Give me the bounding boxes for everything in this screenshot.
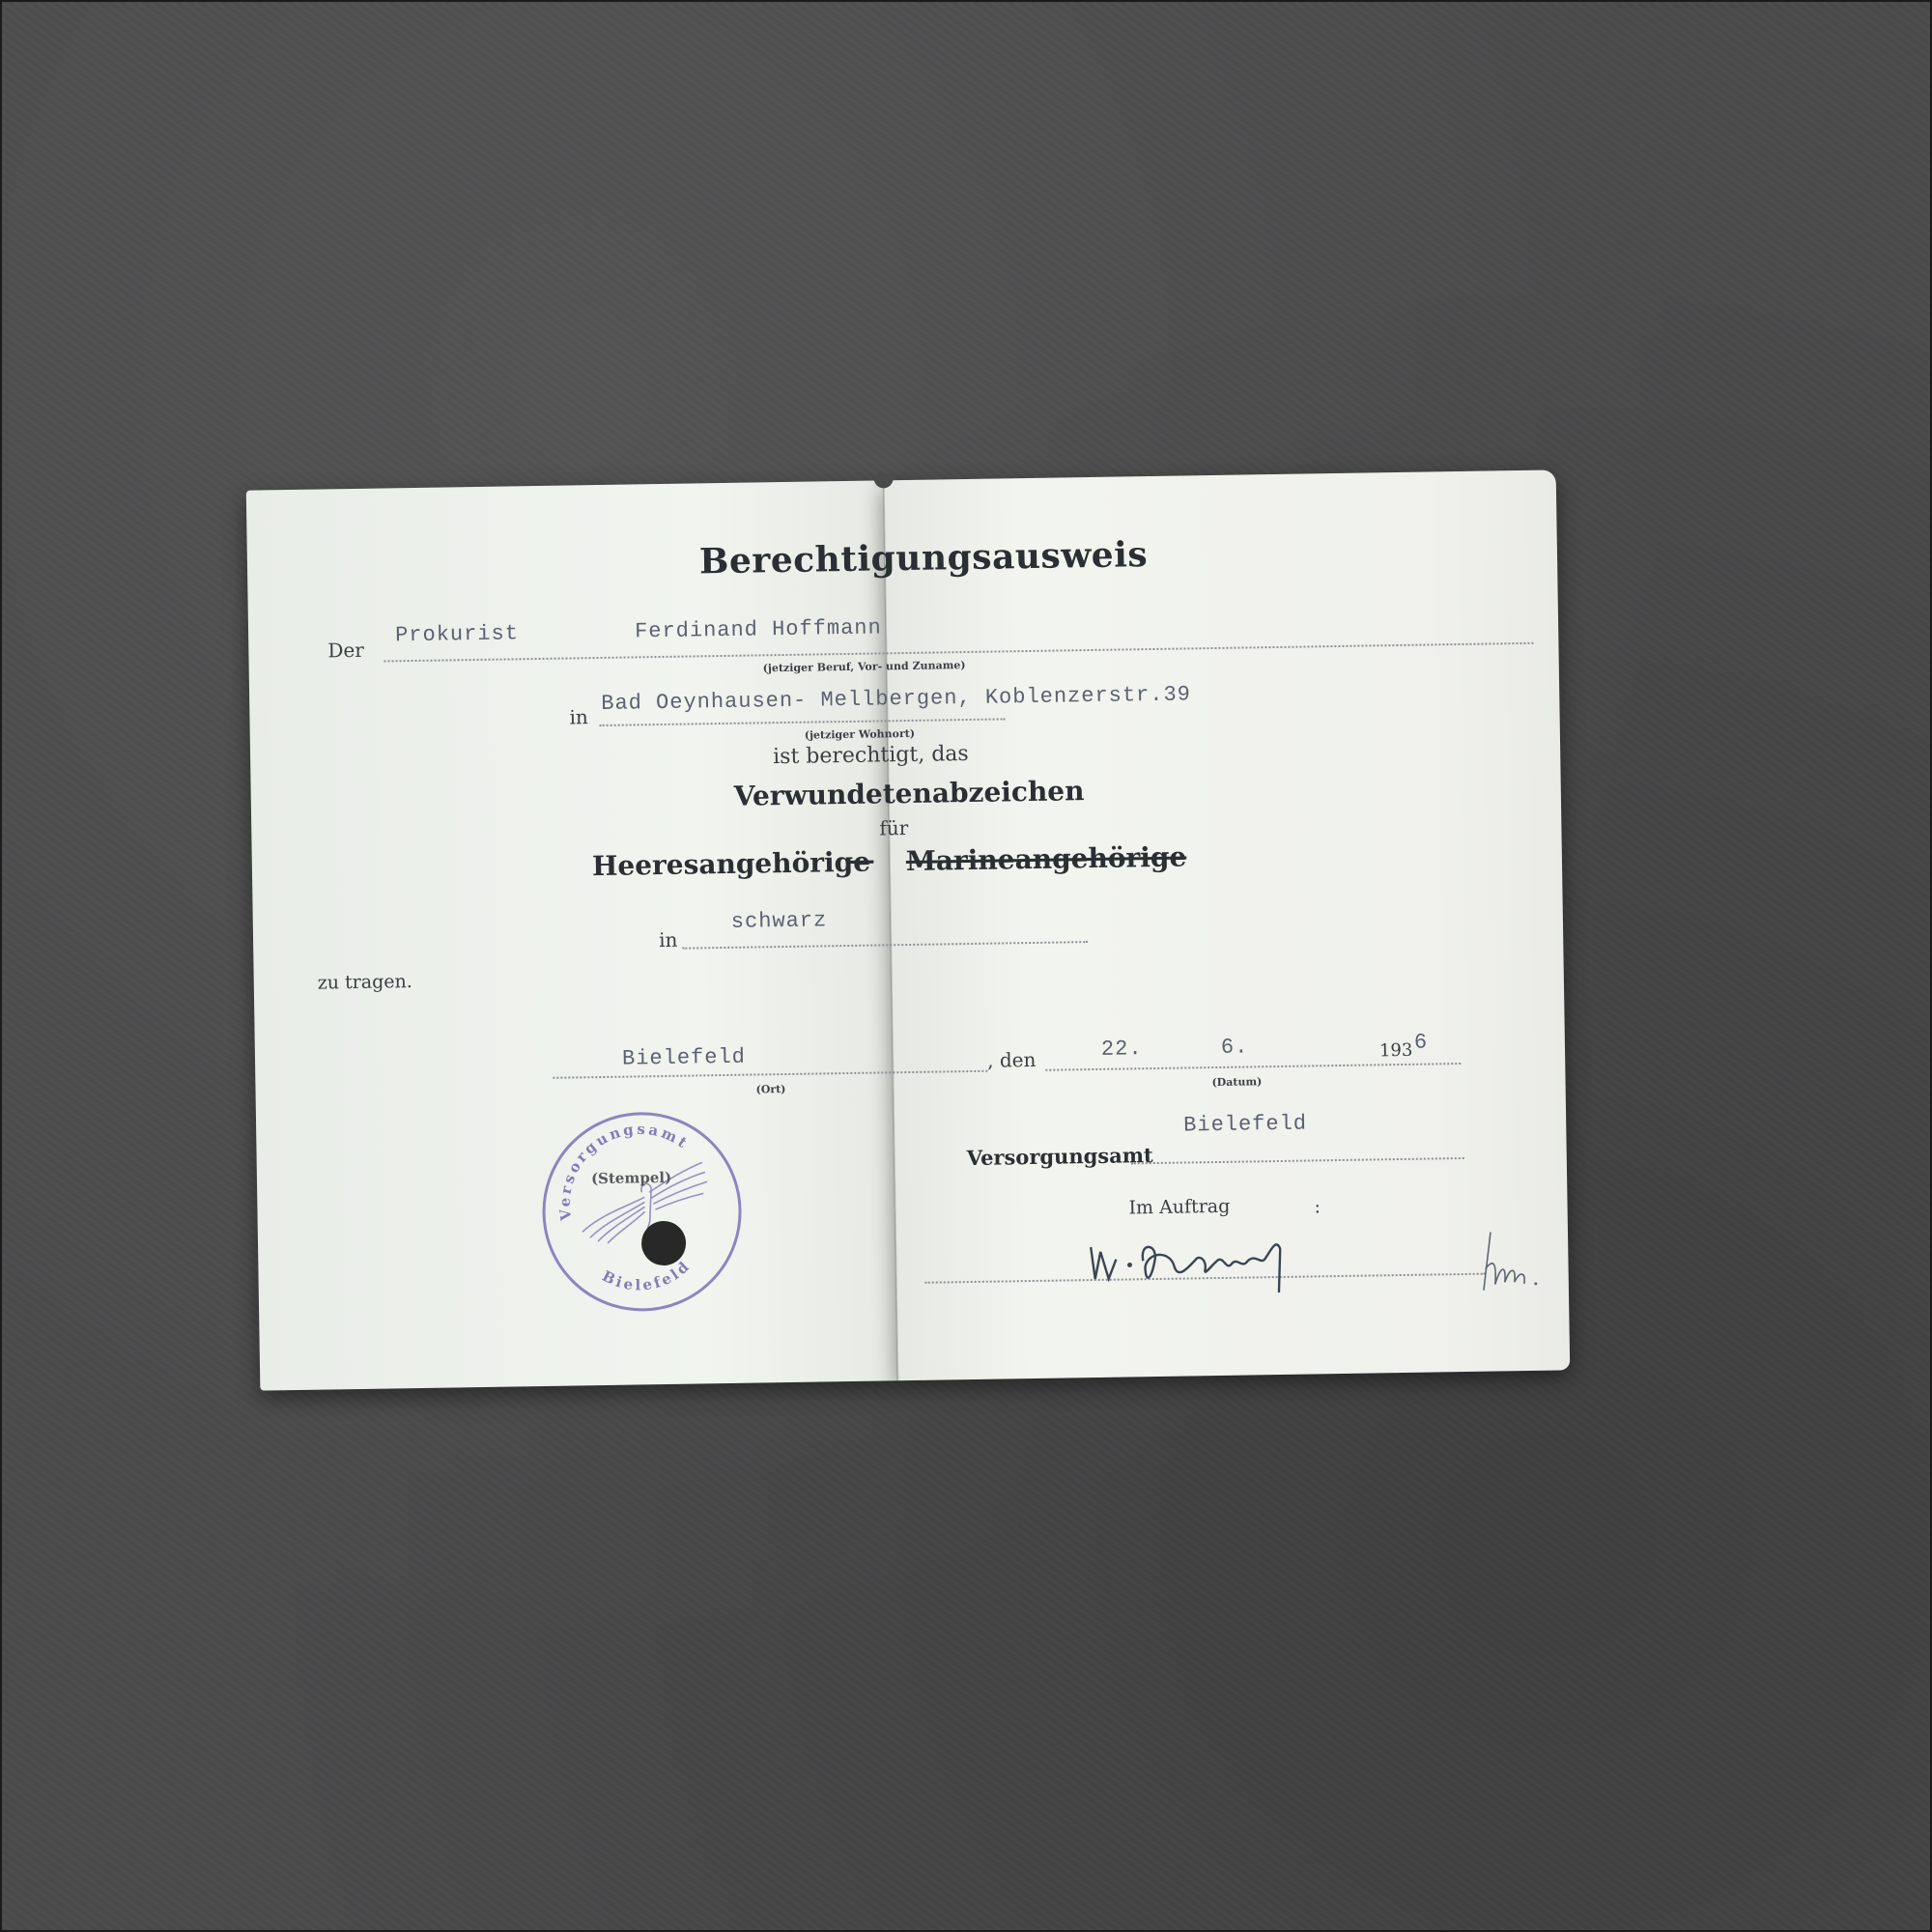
place-value: Bielefeld (622, 1045, 746, 1071)
branch-army: Heeresangehörige (592, 846, 871, 883)
grade-in-label: in (659, 928, 678, 952)
branch-navy-struck: Marineangehörige (906, 840, 1187, 877)
date-year-suffix: 6 (1414, 1031, 1429, 1055)
im-auftrag-text: Im Auftrag (1128, 1196, 1230, 1219)
initials-icon (1475, 1221, 1563, 1299)
der-label: Der (327, 639, 364, 663)
occupation-value: Prokurist (395, 621, 519, 647)
certificate-document: Berechtigungsausweis Der Prokurist Ferdi… (246, 469, 1570, 1390)
name-value: Ferdinand Hoffmann (635, 615, 882, 643)
in-label: in (569, 705, 588, 728)
colon-mark: : (1314, 1196, 1321, 1217)
stamp-caption: (Stempel) (591, 1169, 671, 1187)
badge-name: Verwundetenabzeichen (734, 775, 1085, 812)
zu-tragen-text: zu tragen. (318, 971, 412, 994)
date-month: 6. (1221, 1035, 1249, 1059)
fuer-text: für (879, 816, 908, 839)
den-label: , den (987, 1048, 1037, 1072)
authority-value: Bielefeld (1183, 1112, 1307, 1138)
residence-caption: (jetziger Wohnort) (805, 727, 915, 742)
document-title: Berechtigungsausweis (699, 534, 1149, 582)
grade-value: schwarz (731, 908, 828, 934)
place-caption: (Ort) (755, 1083, 785, 1095)
branch-dash: — (848, 844, 876, 876)
date-caption: (Datum) (1211, 1075, 1262, 1089)
authority-label: Versorgungsamt (967, 1143, 1153, 1170)
entitled-text: ist berechtigt, das (773, 742, 969, 769)
signature-icon (1081, 1219, 1362, 1301)
date-day: 22. (1101, 1037, 1143, 1062)
date-year-prefix: 193 (1379, 1040, 1413, 1062)
official-stamp: Versorgungsamt Bielefeld (Stempel) (541, 1111, 743, 1313)
